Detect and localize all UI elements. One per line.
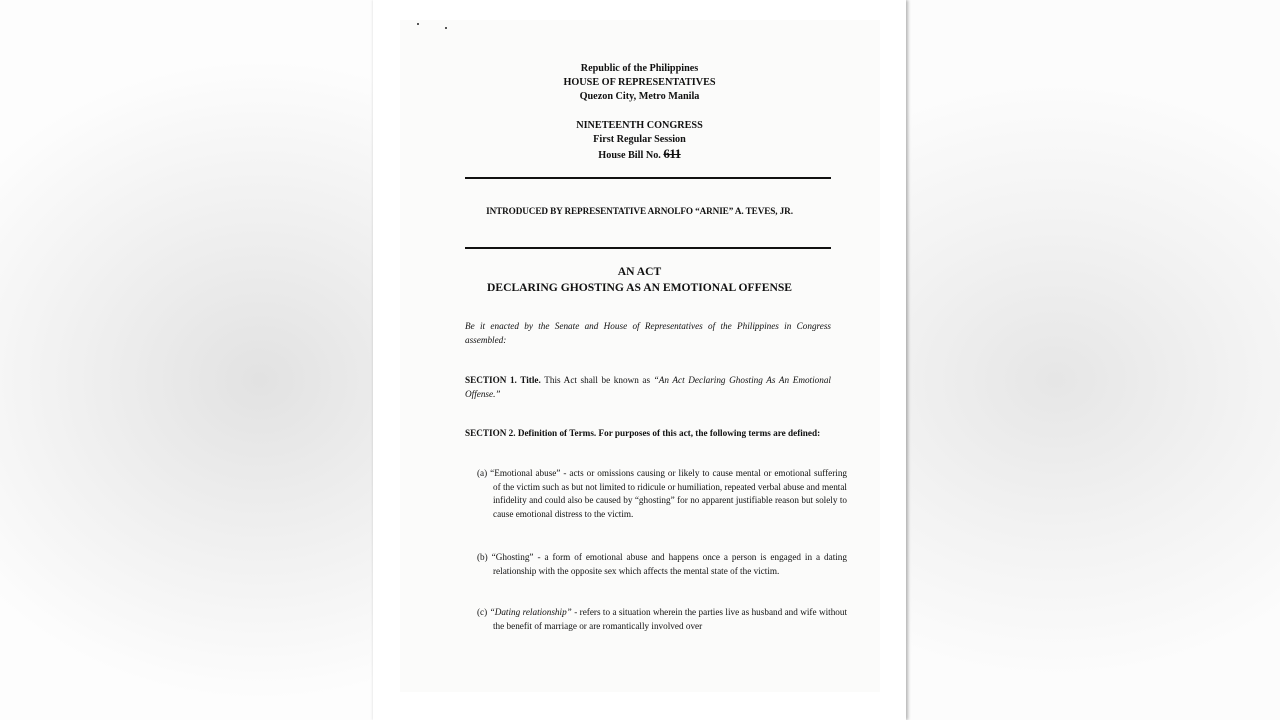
bill-number: 611: [663, 146, 680, 161]
letterhead: Republic of the Philippines HOUSE OF REP…: [373, 62, 906, 104]
term-definition: - a form of emotional abuse and happens …: [493, 552, 847, 576]
session-block: NINETEENTH CONGRESS First Regular Sessio…: [373, 119, 906, 163]
term-item: (c) “Dating relationship” - refers to a …: [477, 606, 847, 633]
chamber-line: HOUSE OF REPRESENTATIVES: [373, 76, 906, 90]
divider-rule: [465, 247, 831, 249]
term-marker: (c): [477, 607, 487, 617]
location-line: Quezon City, Metro Manila: [373, 90, 906, 104]
term-item: (a) “Emotional abuse” - acts or omission…: [477, 467, 847, 521]
blurred-background-left: [0, 0, 373, 720]
enacting-clause-text: Be it enacted by the Senate and House of…: [465, 321, 831, 345]
term-marker: (b): [477, 552, 488, 562]
act-title-line2: DECLARING GHOSTING AS AN EMOTIONAL OFFEN…: [373, 280, 906, 296]
bill-number-line: House Bill No. 611: [373, 147, 906, 163]
congress-line: NINETEENTH CONGRESS: [373, 119, 906, 133]
term-name: “Dating relationship”: [490, 607, 572, 617]
term-name: “Emotional abuse”: [490, 468, 560, 478]
term-marker: (a): [477, 468, 487, 478]
blurred-background-right: [906, 0, 1280, 720]
section-2-heading: SECTION 2. Definition of Terms. For purp…: [465, 427, 831, 441]
scan-speck: [445, 27, 447, 29]
section-1-text: This Act shall be known as: [544, 375, 650, 385]
document-page: Republic of the Philippines HOUSE OF REP…: [373, 0, 906, 720]
section-2-heading-text: SECTION 2. Definition of Terms. For purp…: [465, 428, 820, 438]
enacting-clause: Be it enacted by the Senate and House of…: [465, 320, 831, 347]
country-line: Republic of the Philippines: [373, 62, 906, 76]
bill-label: House Bill No.: [598, 150, 661, 161]
act-title: AN ACT DECLARING GHOSTING AS AN EMOTIONA…: [373, 264, 906, 296]
section-1-heading: SECTION 1. Title.: [465, 375, 541, 385]
divider-rule: [465, 177, 831, 179]
session-line: First Regular Session: [373, 133, 906, 147]
section-1: SECTION 1. Title. This Act shall be know…: [465, 374, 831, 401]
introduced-by: INTRODUCED BY REPRESENTATIVE ARNOLFO “AR…: [373, 206, 906, 216]
scan-speck: [417, 23, 419, 25]
term-item: (b) “Ghosting” - a form of emotional abu…: [477, 551, 847, 578]
term-name: “Ghosting”: [492, 552, 534, 562]
act-title-line1: AN ACT: [373, 264, 906, 280]
